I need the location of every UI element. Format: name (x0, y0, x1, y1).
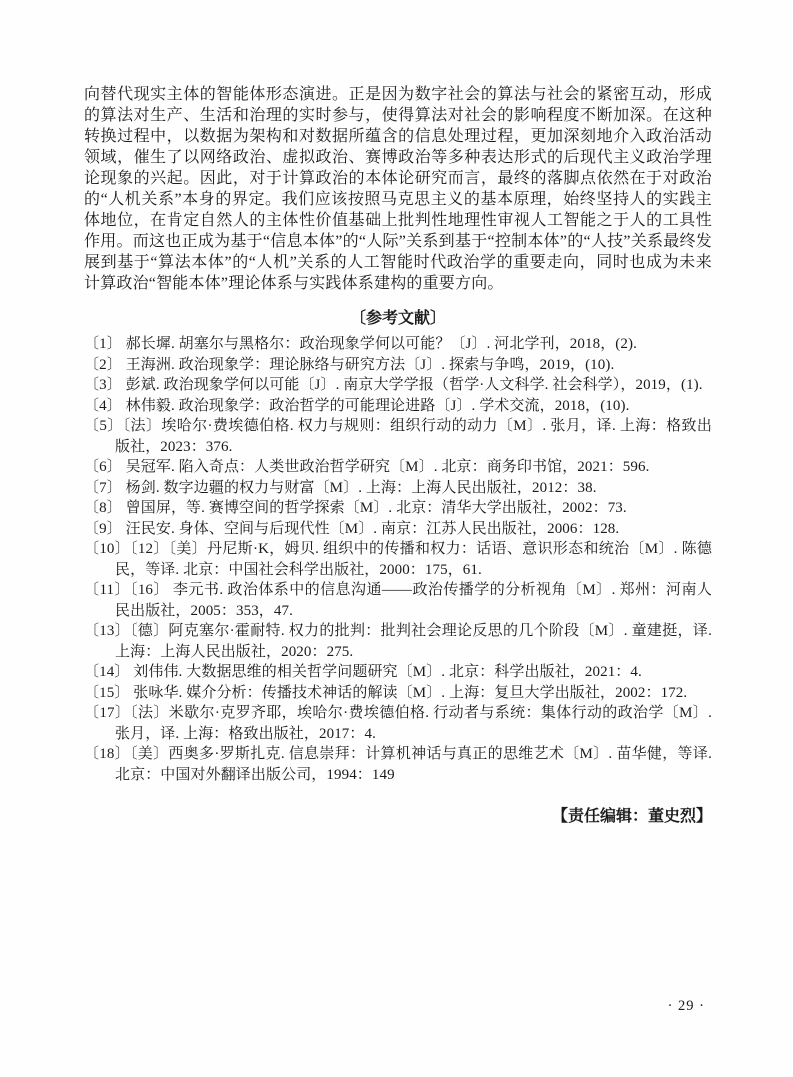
reference-item: 〔3〕 彭斌. 政治现象学何以可能〔J〕. 南京大学学报（哲学·人文科学. 社会… (84, 375, 712, 396)
reference-item: 〔4〕 林伟毅. 政治现象学：政治哲学的可能理论进路〔J〕. 学术交流，2018… (84, 396, 712, 417)
body-paragraph: 向替代现实主体的智能体形态演进。正是因为数字社会的算法与社会的紧密互动，形成的算… (84, 84, 712, 294)
reference-item: 〔5〕〔法〕埃哈尔·费埃德伯格. 权力与规则：组织行动的动力〔M〕. 张月，译.… (84, 416, 712, 457)
reference-item: 〔6〕 吴冠军. 陷入奇点：人类世政治哲学研究〔M〕. 北京：商务印书馆，202… (84, 457, 712, 478)
reference-item: 〔18〕〔美〕西奥多·罗斯扎克. 信息崇拜：计算机神话与真正的思维艺术〔M〕. … (84, 744, 712, 785)
references-list: 〔1〕 郝长墀. 胡塞尔与黑格尔：政治现象学何以可能？〔J〕. 河北学刊，201… (84, 334, 712, 785)
reference-item: 〔17〕〔法〕米歇尔·克罗齐耶，埃哈尔·费埃德伯格. 行动者与系统：集体行动的政… (84, 703, 712, 744)
reference-item: 〔2〕 王海洲. 政治现象学：理论脉络与研究方法〔J〕. 探索与争鸣，2019，… (84, 355, 712, 376)
page-number: · 29 · (668, 998, 705, 1015)
document-page: 向替代现实主体的智能体形态演进。正是因为数字社会的算法与社会的紧密互动，形成的算… (0, 0, 793, 1077)
editor-credit: 【责任编辑：董史烈】 (84, 803, 712, 826)
reference-item: 〔10〕〔12〕〔美〕丹尼斯·K，姆贝. 组织中的传播和权力：话语、意识形态和统… (84, 539, 712, 580)
reference-item: 〔14〕 刘伟伟. 大数据思维的相关哲学问题研究〔M〕. 北京：科学出版社，20… (84, 662, 712, 683)
reference-item: 〔15〕 张咏华. 媒介分析：传播技术神话的解读〔M〕. 上海：复旦大学出版社，… (84, 683, 712, 704)
reference-item: 〔13〕〔德〕阿克塞尔·霍耐特. 权力的批判：批判社会理论反思的几个阶段〔M〕.… (84, 621, 712, 662)
text-column: 向替代现实主体的智能体形态演进。正是因为数字社会的算法与社会的紧密互动，形成的算… (84, 84, 712, 826)
reference-item: 〔11〕〔16〕 李元书. 政治体系中的信息沟通——政治传播学的分析视角〔M〕.… (84, 580, 712, 621)
reference-item: 〔8〕 曾国屏，等. 赛博空间的哲学探索〔M〕. 北京：清华大学出版社，2002… (84, 498, 712, 519)
references-heading: 〔参考文献〕 (84, 305, 712, 328)
reference-item: 〔9〕 汪民安. 身体、空间与后现代性〔M〕. 南京：江苏人民出版社，2006：… (84, 519, 712, 540)
reference-item: 〔7〕 杨剑. 数字边疆的权力与财富〔M〕. 上海：上海人民出版社，2012：3… (84, 478, 712, 499)
reference-item: 〔1〕 郝长墀. 胡塞尔与黑格尔：政治现象学何以可能？〔J〕. 河北学刊，201… (84, 334, 712, 355)
